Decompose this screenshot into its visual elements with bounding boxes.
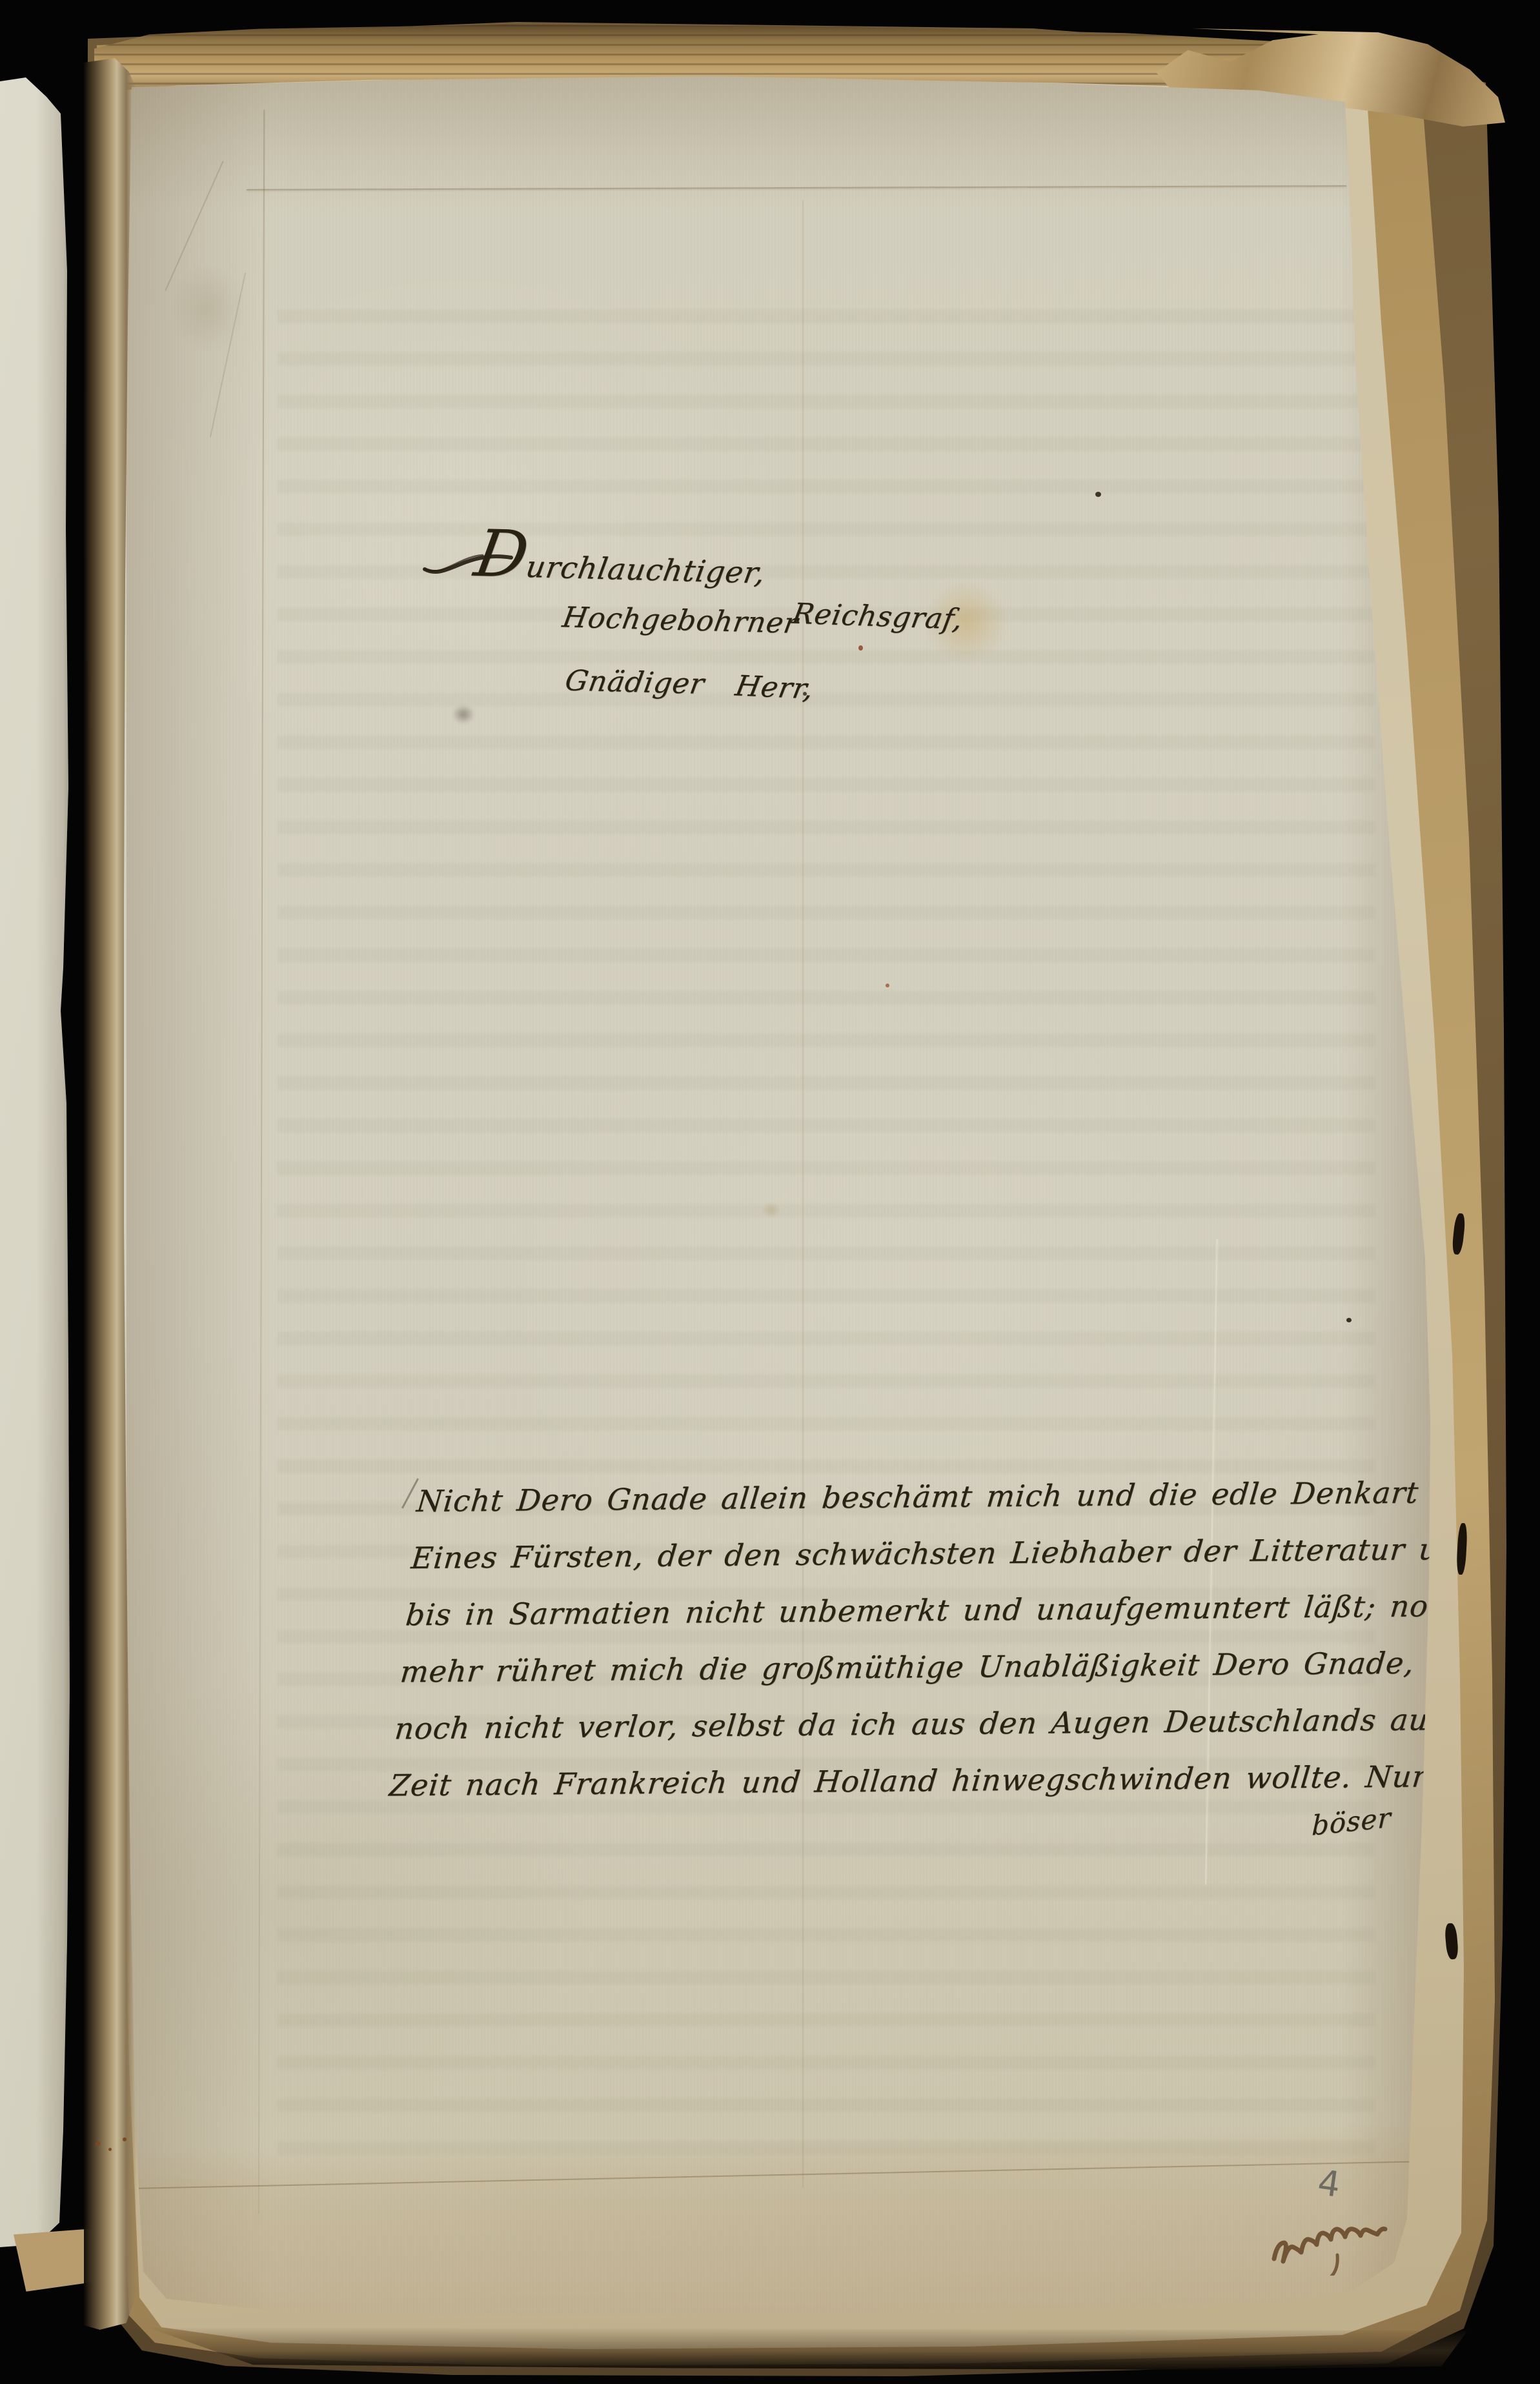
- paper-stain: [169, 263, 247, 354]
- page-left-shading: [127, 76, 272, 2318]
- salutation-word-herr: Herr,: [733, 670, 816, 706]
- body-line-3: bis in Sarmatien nicht unbemerkt und una…: [403, 1576, 1540, 1643]
- page-top-shading: [127, 72, 1353, 211]
- body-line-5: noch nicht verlor, selbst da ich aus den…: [392, 1690, 1540, 1757]
- fold-crease-center-vertical: [802, 200, 804, 2188]
- paper-smudge: [452, 705, 475, 724]
- body-line-1: Nicht Dero Gnade allein beschämt mich un…: [414, 1462, 1540, 1530]
- body-line-2: Eines Fürsten, der den schwächsten Liebh…: [409, 1519, 1540, 1586]
- salutation-line-1: Durchlauchtiger,: [469, 524, 773, 602]
- salutation-word-gnaediger: Gnädiger: [563, 664, 707, 700]
- illegible-inscription: [1270, 2221, 1406, 2276]
- body-line-4: mehr rühret mich die großmüthige Unabläß…: [398, 1633, 1540, 1700]
- rust-speck: [858, 645, 863, 651]
- manuscript-photo: Durchlauchtiger, Hochgebohrner Reichsgra…: [0, 0, 1540, 2384]
- ink-speck: [1095, 492, 1101, 497]
- ink-speck: [1346, 1318, 1352, 1322]
- left-page-edge-shadow: [0, 77, 77, 2248]
- rust-speck: [96, 2141, 100, 2146]
- rust-speck: [108, 2148, 112, 2151]
- paper-stack-bottom-shadow: [147, 2327, 1468, 2370]
- paper-stain: [762, 1202, 781, 1218]
- letter-body: Nicht Dero Gnade allein beschämt mich un…: [387, 1462, 1540, 1814]
- salutation-word-reichsgraf: Reichsgraf,: [790, 598, 966, 636]
- rust-speck: [886, 984, 889, 987]
- letter-front-page: Durchlauchtiger, Hochgebohrner Reichsgra…: [0, 0, 1540, 2384]
- salutation-word-hochgebohrner: Hochgebohrner: [560, 601, 801, 640]
- rust-speck: [123, 2137, 127, 2141]
- ink-showthrough: [278, 310, 1375, 2156]
